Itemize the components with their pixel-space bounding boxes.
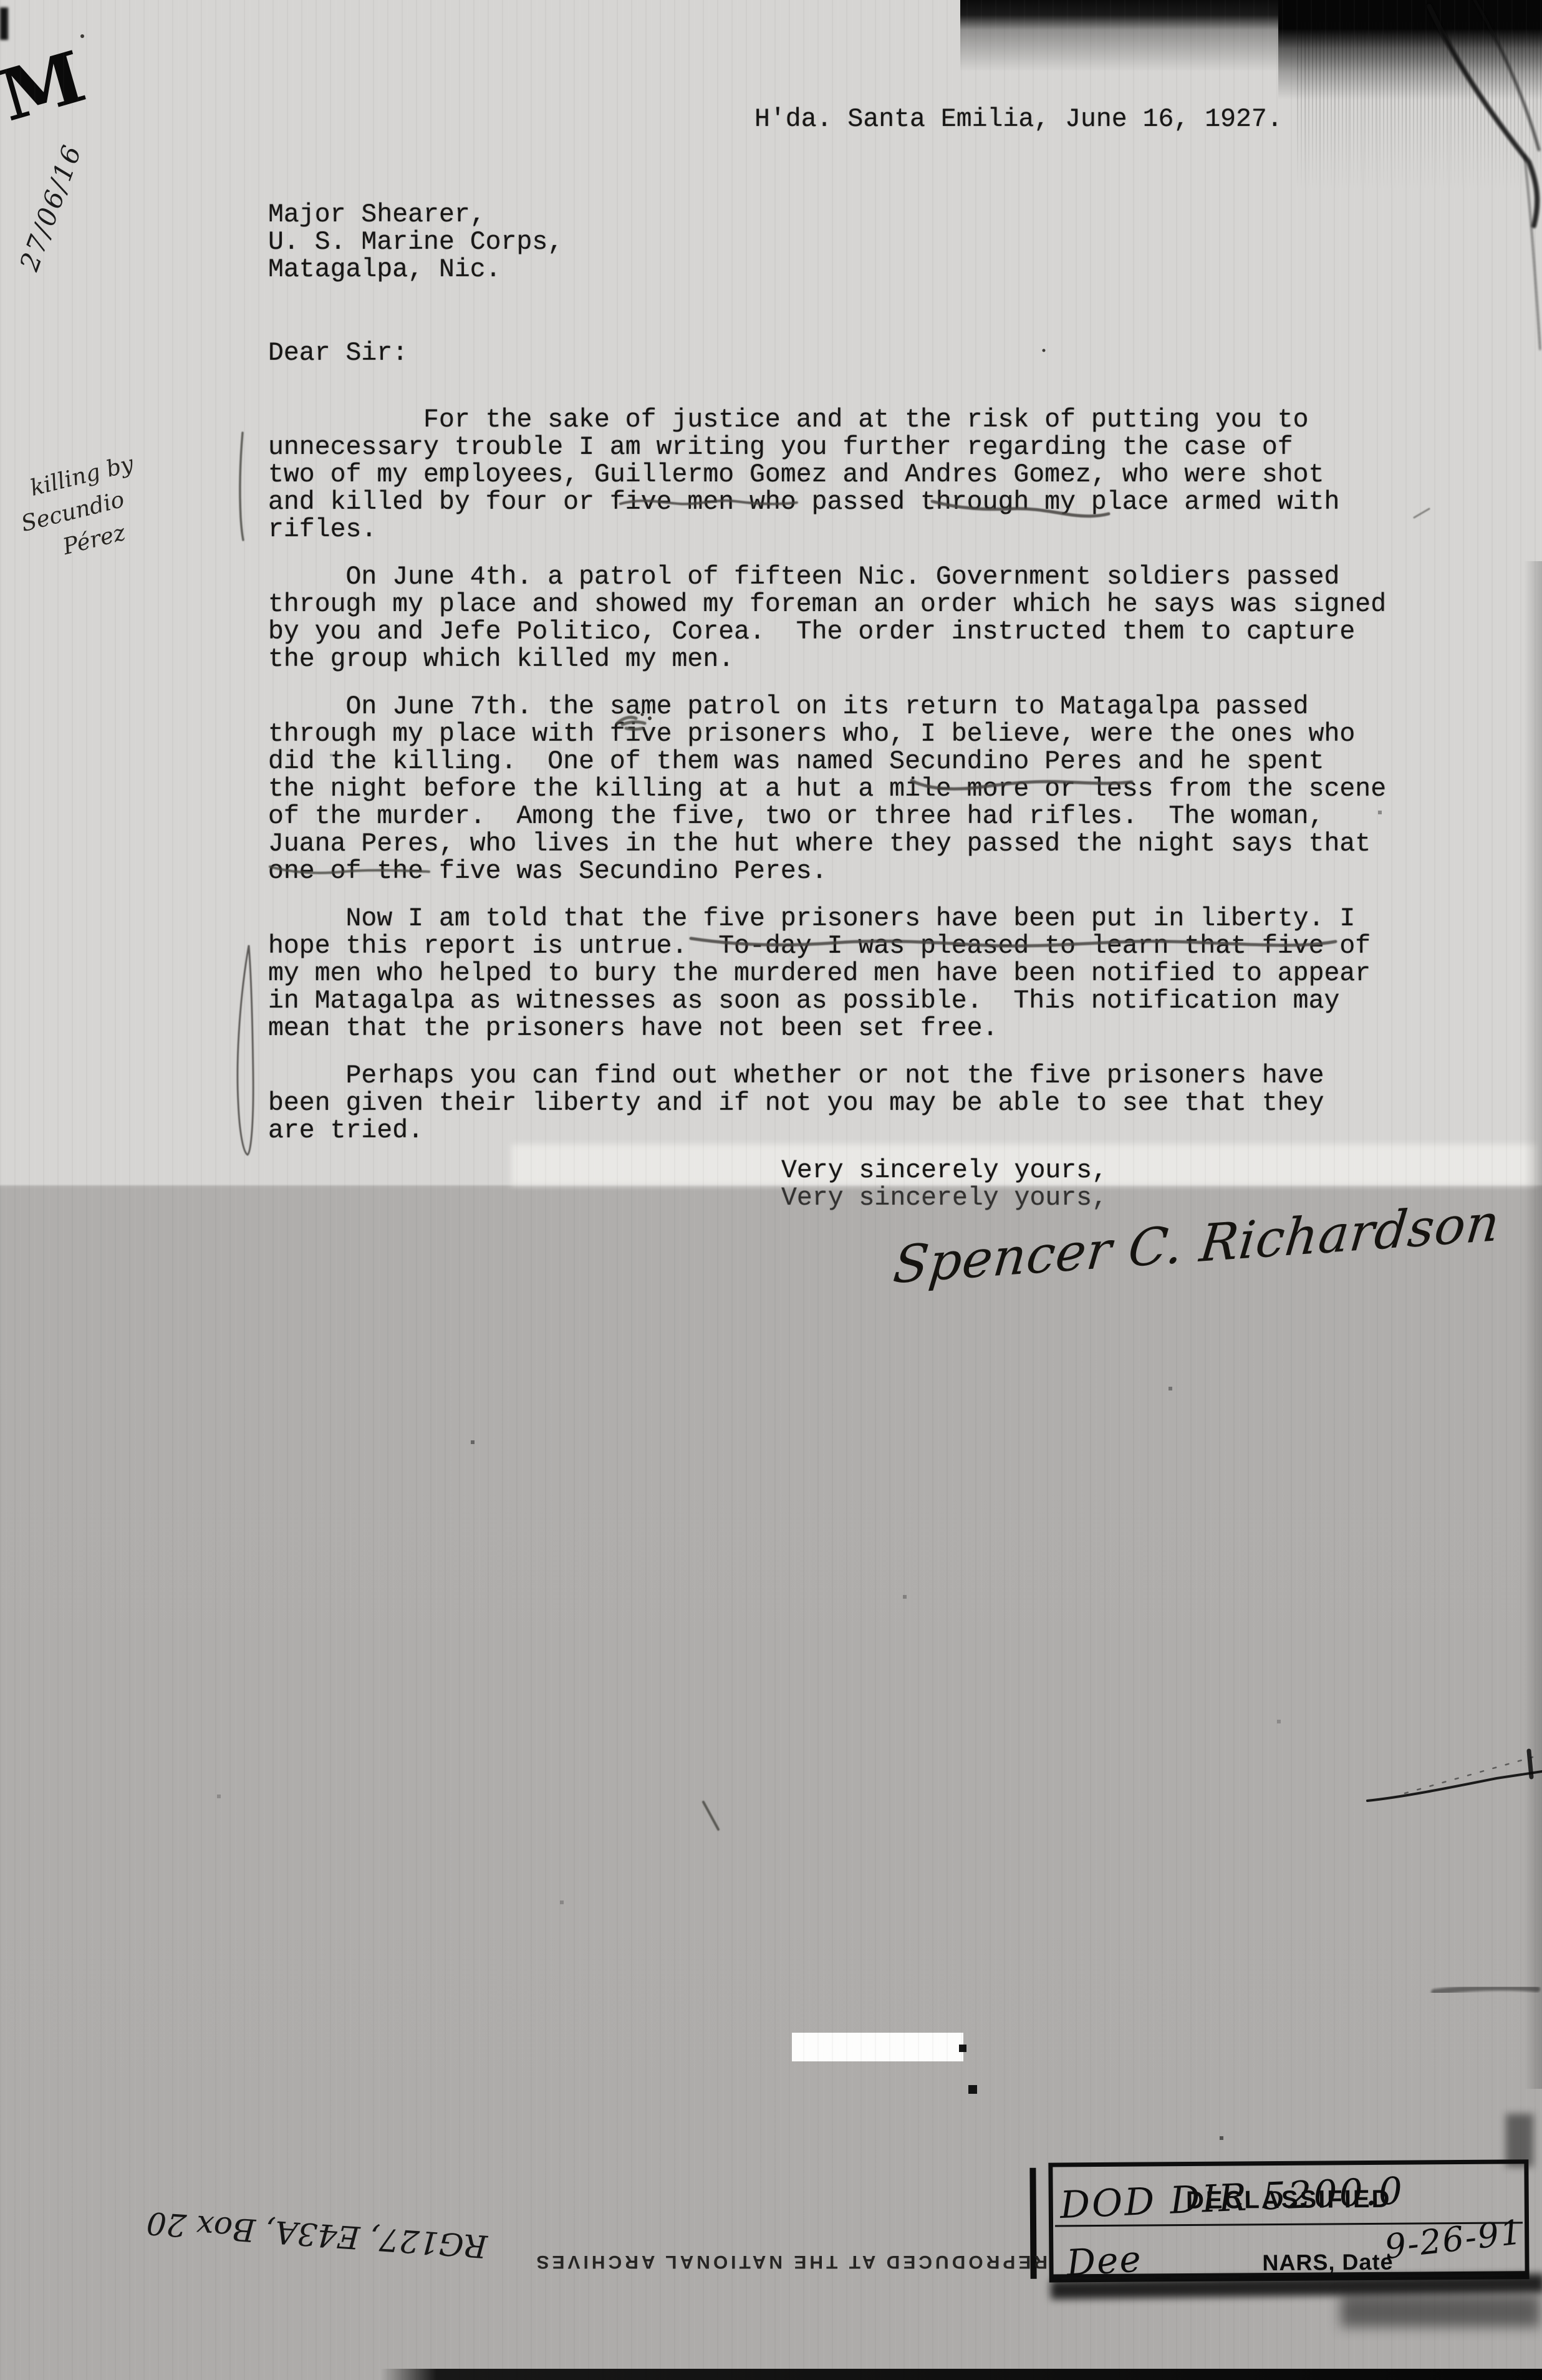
paragraph: Now I am told that the five prisoners ha… (268, 905, 1386, 1043)
scan-damage-top-band-dark (1278, 0, 1542, 106)
letter-line: the night before the killing at a hut a … (268, 776, 1386, 803)
scanned-letter-page: H'da. Santa Emilia, June 16, 1927. Major… (0, 0, 1542, 2380)
letter-line: my men who helped to bury the murdered m… (268, 960, 1386, 988)
recipient-line: U. S. Marine Corps, (268, 229, 563, 256)
crease-line-dotted (1405, 1757, 1533, 1793)
letter-line: one of the five was Secundino Peres. (268, 858, 1386, 885)
scan-damage-right-edge (1524, 561, 1542, 2089)
scan-damage-noise (1297, 22, 1542, 190)
letter-line: and killed by four or five men who passe… (268, 489, 1386, 516)
paragraph: Perhaps you can find out whether or not … (268, 1062, 1386, 1145)
letter-line: Perhaps you can find out whether or not … (268, 1062, 1386, 1090)
pencil-margin-loop (238, 945, 253, 1155)
scan-striations (0, 0, 1542, 2380)
recipient-line: Matagalpa, Nic. (268, 256, 563, 284)
archive-reference-handwriting: RG127, E43A, Box 20 (57, 2147, 492, 2265)
letter-line: of the murder. Among the five, two or th… (268, 803, 1386, 831)
white-patch (792, 2033, 963, 2061)
closing-line: Very sincerely yours, (781, 1157, 1107, 1185)
paragraph: For the sake of justice and at the risk … (268, 407, 1386, 544)
letter-line: are tried. (268, 1117, 1386, 1145)
letter-body: For the sake of justice and at the risk … (268, 407, 1386, 1145)
dust-specks (0, 0, 1, 1)
scan-streak-diagonal (1475, 0, 1539, 150)
pencil-tick (1414, 509, 1429, 518)
scan-damage-top-band (960, 0, 1542, 75)
pencil-dot (80, 34, 84, 38)
recipient-line: Major Shearer, (268, 201, 563, 229)
salutation: Dear Sir: (268, 340, 408, 367)
paragraph: On June 7th. the same patrol on its retu… (268, 693, 1386, 885)
letter-line: through my place with five prisoners who… (268, 721, 1386, 748)
scan-streak-diagonal (1429, 6, 1537, 226)
letter-line: two of my employees, Guillermo Gomez and… (268, 461, 1386, 489)
letter-line: For the sake of justice and at the risk … (268, 407, 1386, 434)
margin-note: killing by Secundio Pérez (10, 448, 153, 572)
letter-line: been given their liberty and if not you … (268, 1090, 1386, 1117)
letter-line: hope this report is untrue. To-day I was… (268, 933, 1386, 960)
ink-dot (1043, 349, 1046, 352)
pencil-margin-line (240, 433, 243, 540)
letter-line: the group which killed my men. (268, 646, 1386, 673)
scan-smudge (1341, 2295, 1540, 2327)
corner-mark: M (0, 35, 94, 138)
national-archives-print: REPRODUCED AT THE NATIONAL ARCHIVES (486, 2245, 1048, 2272)
pencil-marks-overlay (0, 0, 1542, 2380)
letter-line: Juana Peres, who lives in the hut where … (268, 831, 1386, 858)
crease-line (1367, 1771, 1542, 1801)
letter-line: through my place and showed my foreman a… (268, 591, 1386, 619)
closing-line-ghost: Very sincerely yours, (781, 1185, 1107, 1212)
crease-tick (1529, 1751, 1531, 1777)
letter-line: unnecessary trouble I am writing you fur… (268, 434, 1386, 461)
date-scrawl: 27/06/16 (14, 140, 88, 275)
dateline: H'da. Santa Emilia, June 16, 1927. (754, 106, 1283, 133)
paragraph: On June 4th. a patrol of fifteen Nic. Go… (268, 564, 1386, 673)
letter-line: On June 4th. a patrol of fifteen Nic. Go… (268, 564, 1386, 591)
letter-line: rifles. (268, 516, 1386, 544)
stamp-date-label: NARS, Date (1262, 2249, 1393, 2276)
right-edge-smudge (1434, 1988, 1537, 1992)
letter-line: mean that the prisoners have not been se… (268, 1015, 1386, 1043)
scan-smudge (1506, 2114, 1533, 2167)
pencil-slash-mark (703, 1802, 718, 1829)
scan-damage-left-blob (0, 7, 8, 40)
letter-line: Now I am told that the five prisoners ha… (268, 905, 1386, 933)
recipient-block: Major Shearer,U. S. Marine Corps,Matagal… (268, 201, 563, 284)
letter-line: On June 7th. the same patrol on its retu… (268, 693, 1386, 721)
letter-line: by you and Jefe Politico, Corea. The ord… (268, 619, 1386, 646)
declassified-stamp: DECLASSIFIED DOD DIR 5200.0 Dee NARS, Da… (1029, 2157, 1529, 2285)
letter-line: did the killing. One of them was named S… (268, 748, 1386, 776)
scan-bottom-strip (380, 2369, 1542, 2380)
letter-line: in Matagalpa as witnesses as soon as pos… (268, 988, 1386, 1015)
scan-streak-thin (1525, 156, 1540, 349)
